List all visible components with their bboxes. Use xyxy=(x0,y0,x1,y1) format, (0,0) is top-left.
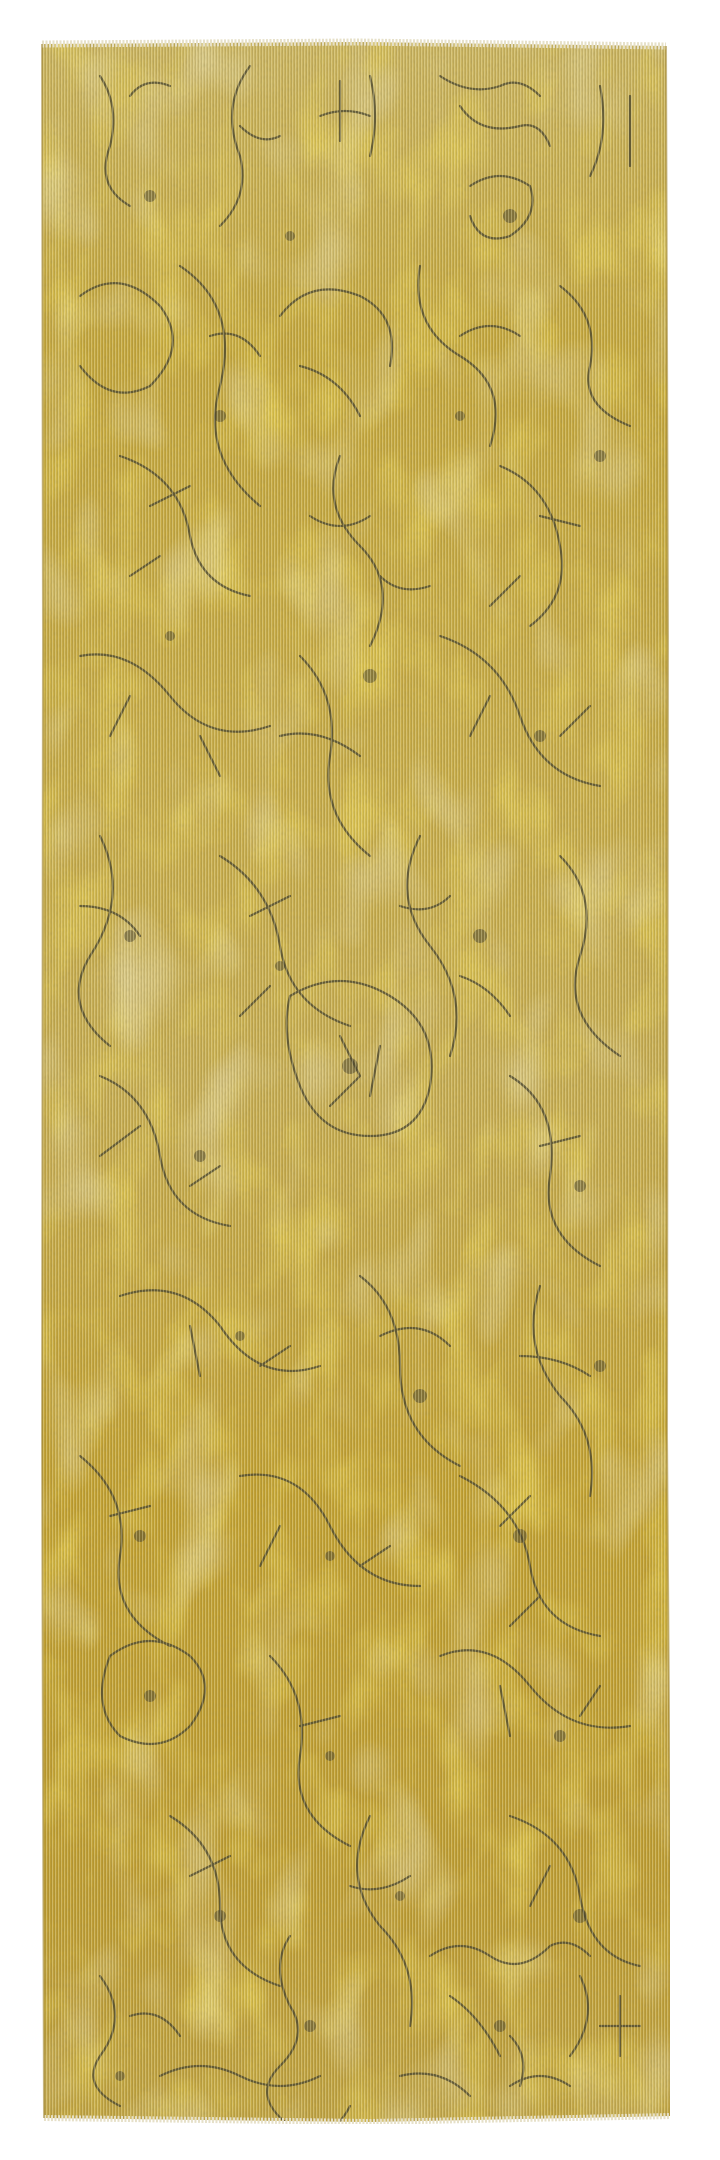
rug-surface xyxy=(40,36,670,2124)
product-photo xyxy=(0,0,720,2160)
pile-texture xyxy=(40,36,670,2124)
runner-rug xyxy=(40,36,670,2124)
